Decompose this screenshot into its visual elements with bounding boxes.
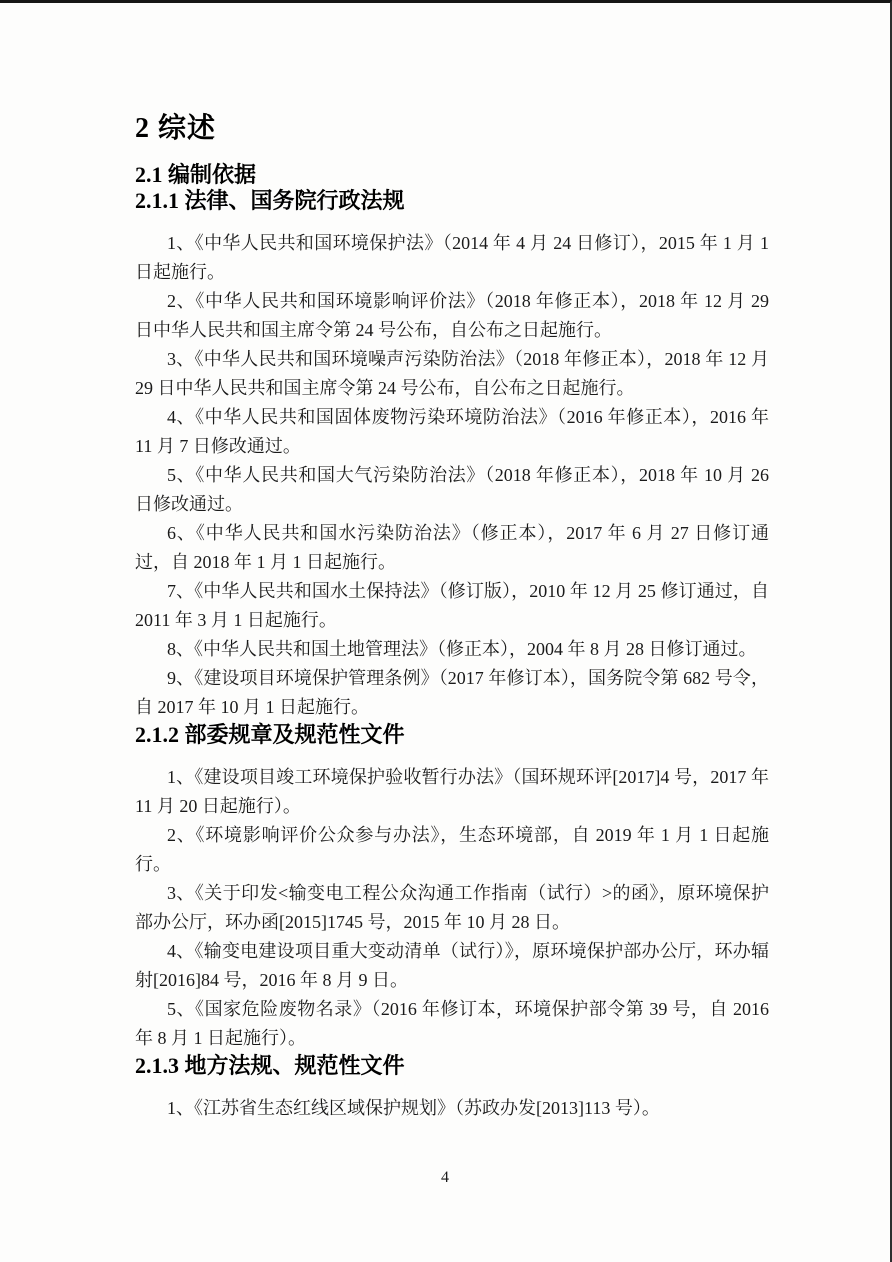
law-item: 9、《建设项目环境保护管理条例》（2017 年修订本），国务院令第 682 号令… — [135, 664, 769, 722]
law-item: 8、《中华人民共和国土地管理法》（修正本），2004 年 8 月 28 日修订通… — [135, 635, 769, 664]
regulation-item: 4、《输变电建设项目重大变动清单（试行）》，原环境保护部办公厅，环办辐射[201… — [135, 937, 769, 995]
subsection-heading-ministerial: 2.1.2 部委规章及规范性文件 — [135, 722, 769, 748]
law-item: 2、《中华人民共和国环境影响评价法》（2018 年修正本），2018 年 12 … — [135, 287, 769, 345]
local-regulation-item: 1、《江苏省生态红线区域保护规划》（苏政办发[2013]113 号）。 — [135, 1094, 769, 1123]
law-item: 3、《中华人民共和国环境噪声污染防治法》（2018 年修正本），2018 年 1… — [135, 345, 769, 403]
section-heading: 2.1 编制依据 — [135, 162, 769, 188]
regulation-item: 3、《关于印发<输变电工程公众沟通工作指南（试行）>的函》，原环境保护部办公厅，… — [135, 879, 769, 937]
law-item: 1、《中华人民共和国环境保护法》（2014 年 4 月 24 日修订），2015… — [135, 229, 769, 287]
regulation-item: 1、《建设项目竣工环境保护验收暂行办法》（国环规环评[2017]4 号，2017… — [135, 763, 769, 821]
subsection-heading-laws: 2.1.1 法律、国务院行政法规 — [135, 188, 769, 214]
page-content: 2 综述 2.1 编制依据 2.1.1 法律、国务院行政法规 1、《中华人民共和… — [135, 3, 769, 1123]
regulation-item: 5、《国家危险废物名录》（2016 年修订本，环境保护部令第 39 号，自 20… — [135, 995, 769, 1053]
law-item: 5、《中华人民共和国大气污染防治法》（2018 年修正本），2018 年 10 … — [135, 461, 769, 519]
regulation-item: 2、《环境影响评价公众参与办法》，生态环境部，自 2019 年 1 月 1 日起… — [135, 821, 769, 879]
law-item: 6、《中华人民共和国水污染防治法》（修正本），2017 年 6 月 27 日修订… — [135, 519, 769, 577]
page-number: 4 — [0, 1169, 890, 1187]
law-item: 7、《中华人民共和国水土保持法》（修订版），2010 年 12 月 25 修订通… — [135, 577, 769, 635]
chapter-heading: 2 综述 — [135, 113, 769, 145]
document-page: 2 综述 2.1 编制依据 2.1.1 法律、国务院行政法规 1、《中华人民共和… — [0, 0, 892, 1262]
subsection-heading-local: 2.1.3 地方法规、规范性文件 — [135, 1053, 769, 1079]
law-item: 4、《中华人民共和国固体废物污染环境防治法》（2016 年修正本），2016 年… — [135, 403, 769, 461]
